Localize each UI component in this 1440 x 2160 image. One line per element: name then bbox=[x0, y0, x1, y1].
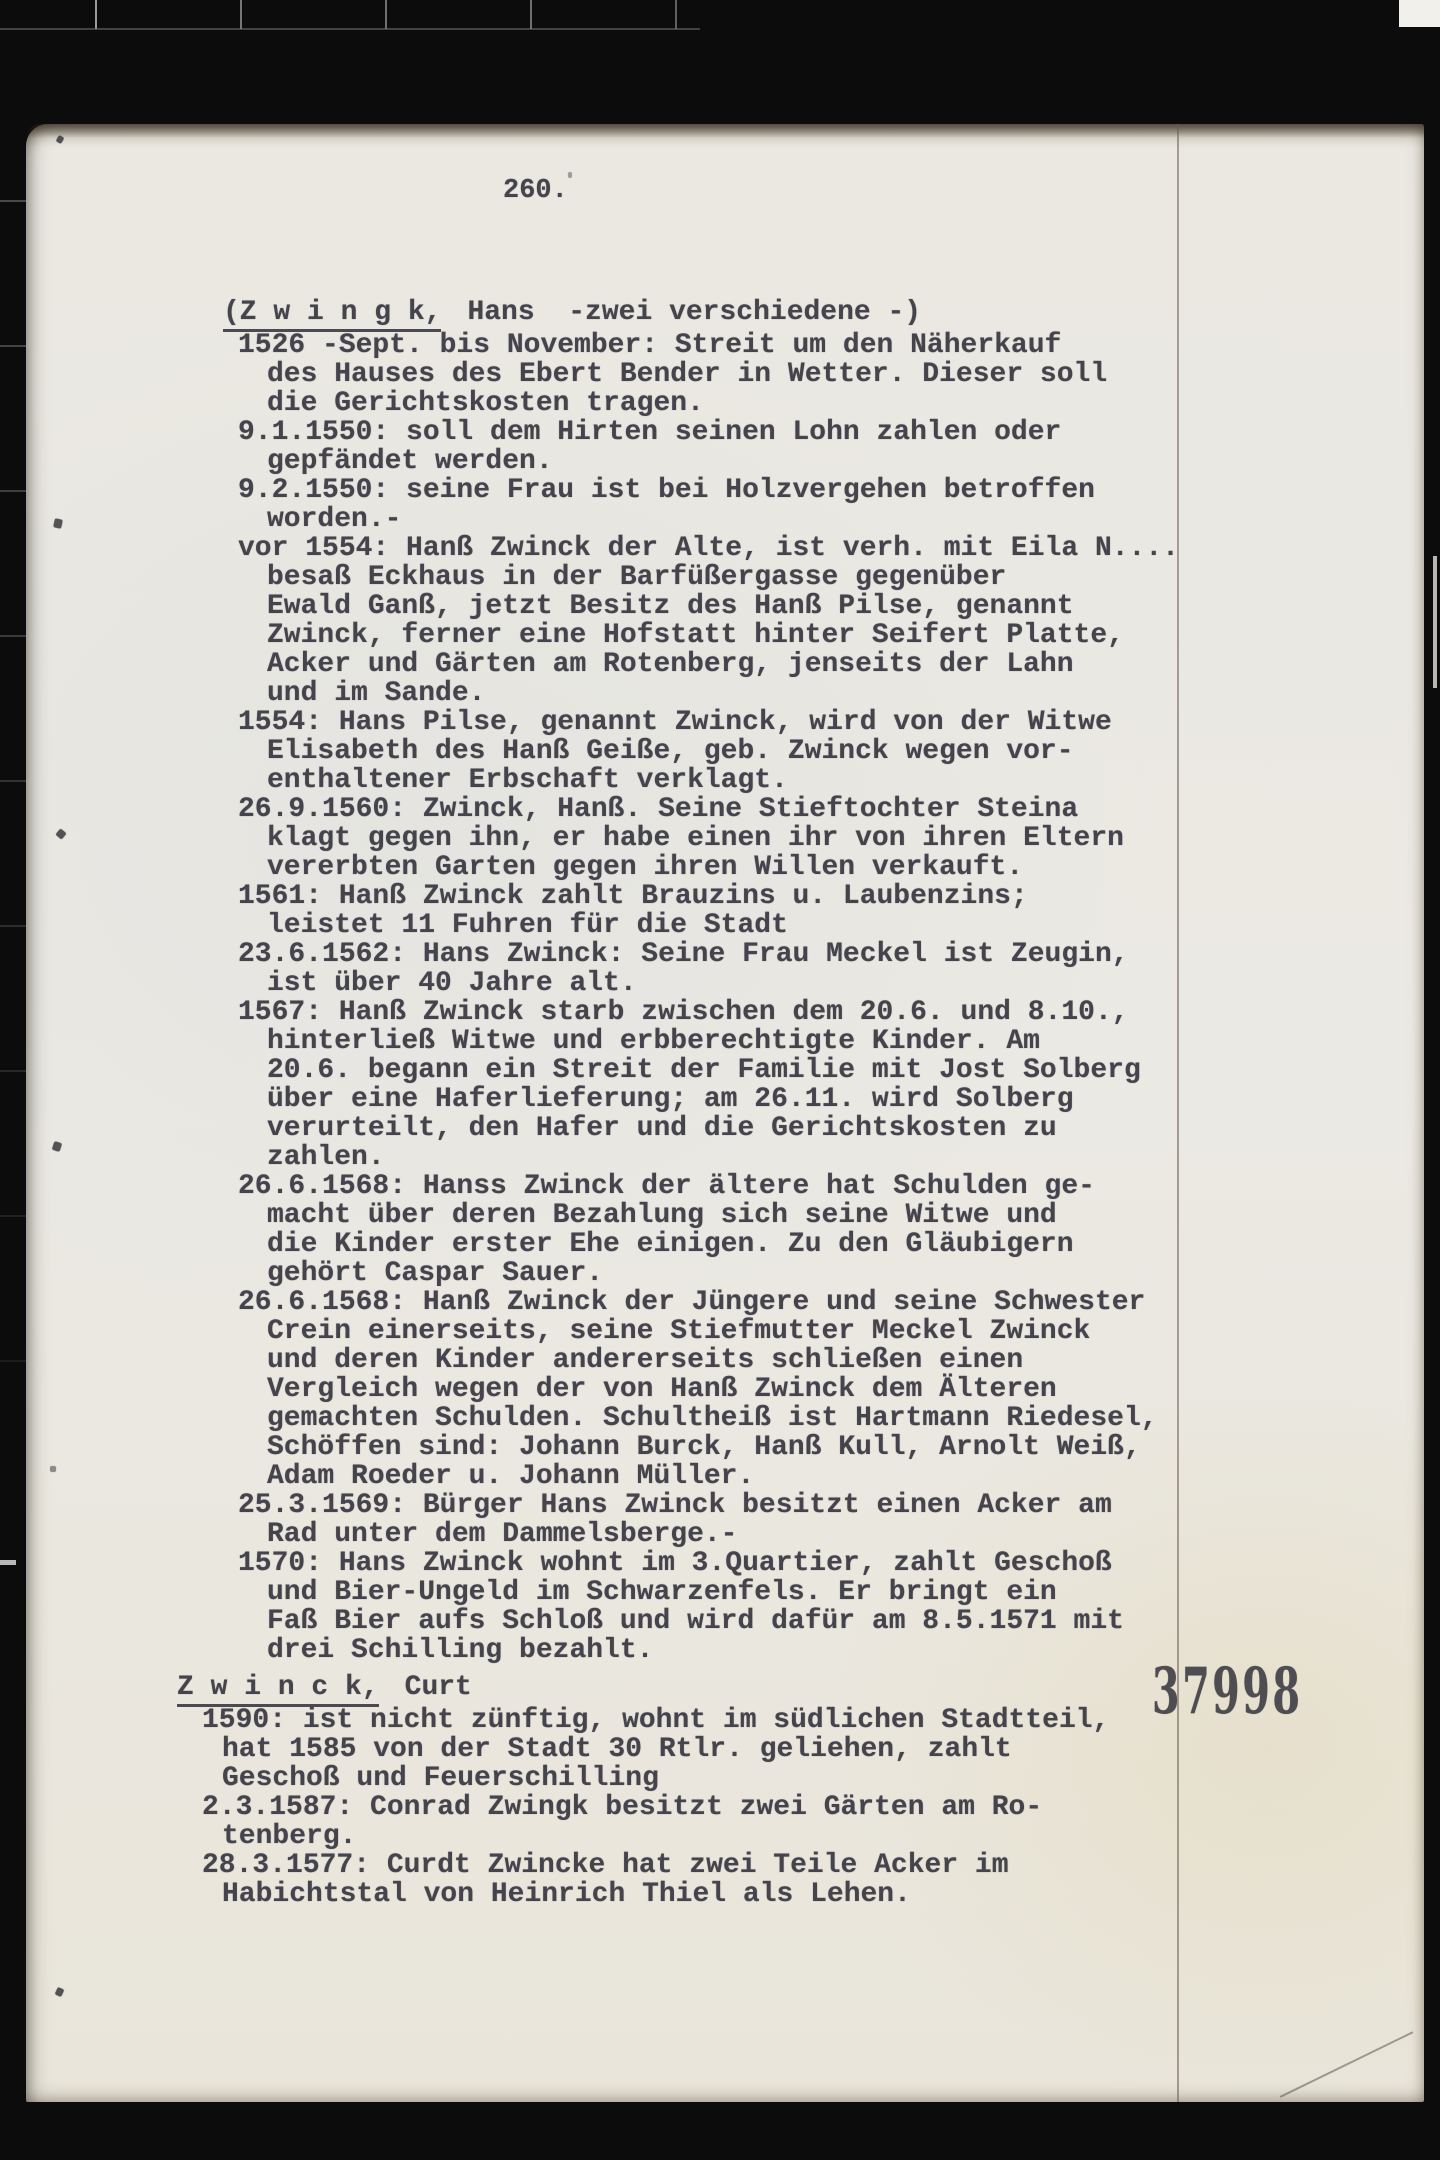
section-heading: (Z w i n g k,Hans -zwei verschiedene -) bbox=[223, 298, 1424, 327]
archive-stamp-number: 37998 bbox=[1152, 1654, 1302, 1729]
entry-date-line: 9.1.1550: soll dem Hirten seinen Lohn za… bbox=[238, 418, 1424, 447]
ink-speck bbox=[568, 172, 572, 178]
film-grid-vline bbox=[240, 0, 242, 29]
entry-continuation-line: Vergleich wegen der von Hanß Zwinck dem … bbox=[267, 1375, 1424, 1404]
scan-background: 260. (Z w i n g k,Hans -zwei verschieden… bbox=[0, 0, 1440, 2160]
entry-date-line: 9.2.1550: seine Frau ist bei Holzvergehe… bbox=[238, 476, 1424, 505]
entry-continuation-line: hinterließ Witwe und erbberechtigte Kind… bbox=[267, 1027, 1424, 1056]
entry-continuation-line: Acker und Gärten am Rotenberg, jenseits … bbox=[267, 650, 1424, 679]
entry-continuation-line: tenberg. bbox=[222, 1822, 1424, 1851]
entry-continuation-line: und Bier-Ungeld im Schwarzenfels. Er bri… bbox=[267, 1578, 1424, 1607]
section-0: (Z w i n g k,Hans -zwei verschiedene -)1… bbox=[26, 298, 1424, 1665]
entry-date-line: 1526 -Sept. bis November: Streit um den … bbox=[238, 331, 1424, 360]
film-grid-vline bbox=[385, 0, 387, 29]
film-frame-square bbox=[1399, 0, 1440, 27]
entry-continuation-line: worden.- bbox=[267, 505, 1424, 534]
entry-continuation-line: die Kinder erster Ehe einigen. Zu den Gl… bbox=[267, 1230, 1424, 1259]
entry-continuation-line: Geschoß und Feuerschilling bbox=[222, 1764, 1424, 1793]
entry-date-line: 1561: Hanß Zwinck zahlt Brauzins u. Laub… bbox=[238, 882, 1424, 911]
film-edge-highlight bbox=[0, 1560, 16, 1565]
entry-continuation-line: Crein einerseits, seine Stiefmutter Meck… bbox=[267, 1317, 1424, 1346]
entry-date-line: 25.3.1569: Bürger Hans Zwinck besitzt ei… bbox=[238, 1491, 1424, 1520]
entry-continuation-line: Adam Roeder u. Johann Müller. bbox=[267, 1462, 1424, 1491]
entry-continuation-line: Elisabeth des Hanß Geiße, geb. Zwinck we… bbox=[267, 737, 1424, 766]
entry-continuation-line: hat 1585 von der Stadt 30 Rtlr. geliehen… bbox=[222, 1735, 1424, 1764]
entry-continuation-line: verurteilt, den Hafer und die Gerichtsko… bbox=[267, 1114, 1424, 1143]
entry-date-line: 23.6.1562: Hans Zwinck: Seine Frau Mecke… bbox=[238, 940, 1424, 969]
entry-continuation-line: Rad unter dem Dammelsberge.- bbox=[267, 1520, 1424, 1549]
entry-date-line: 26.6.1568: Hanss Zwinck der ältere hat S… bbox=[238, 1172, 1424, 1201]
entry-continuation-line: die Gerichtskosten tragen. bbox=[267, 389, 1424, 418]
heading-suffix: Curt bbox=[405, 1672, 472, 1703]
film-grid-vline bbox=[95, 0, 97, 29]
paper-top-curl-shadow bbox=[26, 124, 1424, 138]
entry-continuation-line: über eine Haferlieferung; am 26.11. wird… bbox=[267, 1085, 1424, 1114]
entry-date-line: 2.3.1587: Conrad Zwingk besitzt zwei Gär… bbox=[202, 1793, 1424, 1822]
entry-continuation-line: enthaltener Erbschaft verklagt. bbox=[267, 766, 1424, 795]
entry-continuation-line: macht über deren Bezahlung sich seine Wi… bbox=[267, 1201, 1424, 1230]
entry-continuation-line: gemachten Schulden. Schultheiß ist Hartm… bbox=[267, 1404, 1424, 1433]
entry-date-line: 1567: Hanß Zwinck starb zwischen dem 20.… bbox=[238, 998, 1424, 1027]
page-number: 260. bbox=[503, 176, 568, 206]
entry-continuation-line: Habichtstal von Heinrich Thiel als Lehen… bbox=[222, 1880, 1424, 1909]
entry-continuation-line: leistet 11 Fuhren für die Stadt bbox=[267, 911, 1424, 940]
entry-continuation-line: des Hauses des Ebert Bender in Wetter. D… bbox=[267, 360, 1424, 389]
entry-continuation-line: zahlen. bbox=[267, 1143, 1424, 1172]
film-grid-hline bbox=[0, 28, 700, 30]
entry-continuation-line: besaß Eckhaus in der Barfüßergasse gegen… bbox=[267, 563, 1424, 592]
heading-suffix: Hans -zwei verschiedene -) bbox=[467, 297, 921, 328]
film-edge-line bbox=[1433, 556, 1437, 688]
entry-continuation-line: Zwinck, ferner eine Hofstatt hinter Seif… bbox=[267, 621, 1424, 650]
entry-continuation-line: vererbten Garten gegen ihren Willen verk… bbox=[267, 853, 1424, 882]
entry-continuation-line: gehört Caspar Sauer. bbox=[267, 1259, 1424, 1288]
entry-continuation-line: ist über 40 Jahre alt. bbox=[267, 969, 1424, 998]
entry-date-line: 26.6.1568: Hanß Zwinck der Jüngere und s… bbox=[238, 1288, 1424, 1317]
paper-sheet: 260. (Z w i n g k,Hans -zwei verschieden… bbox=[26, 124, 1424, 2102]
entry-date-line: 26.9.1560: Zwinck, Hanß. Seine Stieftoch… bbox=[238, 795, 1424, 824]
entry-continuation-line: klagt gegen ihn, er habe einen ihr von i… bbox=[267, 824, 1424, 853]
film-grid-vline bbox=[530, 0, 532, 29]
entry-continuation-line: Ewald Ganß, jetzt Besitz des Hanß Pilse,… bbox=[267, 592, 1424, 621]
entry-date-line: 28.3.1577: Curdt Zwincke hat zwei Teile … bbox=[202, 1851, 1424, 1880]
entry-date-line: 1570: Hans Zwinck wohnt im 3.Quartier, z… bbox=[238, 1549, 1424, 1578]
entry-continuation-line: gepfändet werden. bbox=[267, 447, 1424, 476]
entry-continuation-line: und deren Kinder andererseits schließen … bbox=[267, 1346, 1424, 1375]
entry-continuation-line: Schöffen sind: Johann Burck, Hanß Kull, … bbox=[267, 1433, 1424, 1462]
heading-surname: (Z w i n g k, bbox=[223, 297, 441, 332]
entry-continuation-line: und im Sande. bbox=[267, 679, 1424, 708]
punch-mark bbox=[50, 1466, 56, 1472]
film-grid-vline bbox=[675, 0, 677, 29]
entry-continuation-line: Faß Bier aufs Schloß und wird dafür am 8… bbox=[267, 1607, 1424, 1636]
entry-continuation-line: 20.6. begann ein Streit der Familie mit … bbox=[267, 1056, 1424, 1085]
entry-date-line: 1554: Hans Pilse, genannt Zwinck, wird v… bbox=[238, 708, 1424, 737]
heading-surname: Z w i n c k, bbox=[177, 1672, 379, 1707]
entry-date-line: vor 1554: Hanß Zwinck der Alte, ist verh… bbox=[238, 534, 1424, 563]
